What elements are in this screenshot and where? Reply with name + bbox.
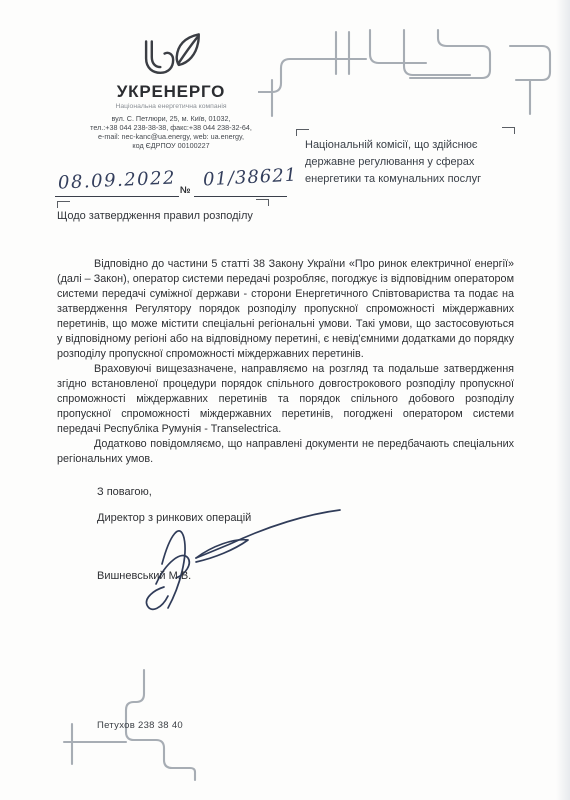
address-line: вул. С. Петлюри, 25, м. Київ, 01032, [46, 114, 296, 123]
ukrenergo-logo-icon [139, 30, 203, 80]
letterhead: УКРЕНЕРГО Національна енергетична компан… [46, 30, 296, 150]
corner-mark [296, 129, 309, 136]
recipient-line: енергетики та комунальних послуг [305, 171, 520, 188]
handwritten-date: 08.09.2022 [58, 167, 177, 193]
corner-mark [256, 199, 269, 206]
ref-number-underline [194, 196, 287, 197]
body-paragraph: Додатково повідомляємо, що направлені до… [57, 437, 514, 467]
handwritten-ref-number: 01/38621 [203, 165, 298, 191]
recipient-line: Національній комісії, що здійснює [305, 137, 520, 154]
corner-mark [502, 127, 515, 134]
company-subtitle: Національна енергетична компанія [46, 103, 296, 110]
address-line: тел.:+38 044 238-38-38, факс:+38 044 238… [46, 123, 296, 132]
body-paragraph: Враховуючі вищезазначене, направляємо на… [57, 362, 514, 437]
salutation: З повагою, [97, 486, 152, 498]
address-line: e-mail: nec-kanc@ua.energy, web: ua.ener… [46, 132, 296, 141]
letter-body: Відповідно до частини 5 статті 38 Закону… [57, 257, 514, 467]
subject-line: Щодо затвердження правил розподілу [57, 210, 253, 222]
recipient-block: Національній комісії, що здійснює держав… [305, 137, 520, 188]
body-paragraph: Відповідно до частини 5 статті 38 Закону… [57, 257, 514, 362]
address-line: код ЄДРПОУ 00100227 [46, 141, 296, 150]
handwritten-signature [118, 500, 348, 612]
company-name: УКРЕНЕРГО [46, 82, 296, 102]
company-address: вул. С. Петлюри, 25, м. Київ, 01032, тел… [46, 114, 296, 150]
corner-mark [57, 201, 70, 208]
date-underline [55, 196, 179, 197]
recipient-line: державне регулювання у сферах [305, 154, 520, 171]
executor-contact: Петухов 238 38 40 [97, 720, 183, 731]
number-sign: № [180, 185, 191, 196]
signer-name: Вишневський М.В. [97, 570, 191, 582]
pipes-decoration-top-right [258, 26, 558, 136]
scanned-letter-page: УКРЕНЕРГО Національна енергетична компан… [0, 0, 570, 800]
